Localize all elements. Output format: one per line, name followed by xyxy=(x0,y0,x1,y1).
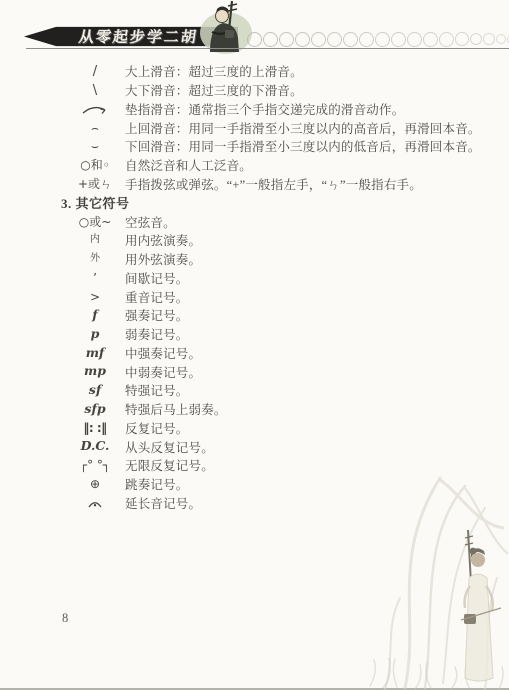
notation-row: ⊕ 跳奏记号。 xyxy=(0,475,509,494)
notation-desc: 空弦音。 xyxy=(125,213,176,231)
notation-row: sfp 特强后马上弱奏。 xyxy=(0,400,509,419)
big-up-glide-symbol: / xyxy=(67,65,123,78)
da-capo-symbol: D.C. xyxy=(67,440,123,453)
outer-string-symbol: 外 xyxy=(67,254,123,264)
notation-desc: 手指拨弦或弹弦。“+”一般指左手，“ㄣ”一般指右手。 xyxy=(125,175,422,193)
notation-row: mp 中弱奏记号。 xyxy=(0,362,509,381)
notation-row: 延长音记号。 xyxy=(0,494,509,513)
header-rule xyxy=(26,48,509,49)
notation-row: 外 用外弦演奏。 xyxy=(0,250,509,269)
forte-symbol: f xyxy=(67,309,123,322)
inner-string-symbol: 内 xyxy=(67,235,123,245)
notation-list: / 大上滑音：超过三度的上滑音。 \ 大下滑音：超过三度的下滑音。 垫指滑音：通… xyxy=(0,62,509,512)
notation-row: / 大上滑音：超过三度的上滑音。 xyxy=(0,62,509,81)
notation-row: ○或~ 空弦音。 xyxy=(0,212,509,231)
notation-desc: 中弱奏记号。 xyxy=(125,363,201,381)
repeat-sign-symbol: ‖: :‖ xyxy=(67,422,123,434)
harmonic-symbols: ○和◦ xyxy=(67,159,123,171)
notation-row: p 弱奏记号。 xyxy=(0,325,509,344)
notation-desc: 用内弦演奏。 xyxy=(125,231,201,249)
notation-row: D.C. 从头反复记号。 xyxy=(0,437,509,456)
notation-desc: 特强后马上弱奏。 xyxy=(125,400,227,418)
notation-row: 垫指滑音：通常指三个手指交递完成的滑音动作。 xyxy=(0,100,509,119)
infinite-repeat-symbol: ┌° °┐ xyxy=(67,459,123,471)
accent-symbol: > xyxy=(67,291,123,303)
notation-desc: 特强记号。 xyxy=(125,381,189,399)
notation-desc: 从头反复记号。 xyxy=(125,438,214,456)
section-heading: 3. 其它符号 xyxy=(61,193,509,212)
notation-row: ⌣ 下回滑音：用同一手指滑至小三度以内的低音后，再滑回本音。 xyxy=(0,137,509,156)
notation-desc: 重音记号。 xyxy=(125,288,189,306)
notation-row: ’ 间歇记号。 xyxy=(0,269,509,288)
sforzando-symbol: sf xyxy=(67,384,123,397)
notation-desc: 中强奏记号。 xyxy=(125,344,201,362)
mezzo-forte-symbol: mf xyxy=(67,347,123,360)
notation-desc: 弱奏记号。 xyxy=(125,325,189,343)
staccato-symbol: ⊕ xyxy=(67,478,123,490)
sforzando-piano-symbol: sfp xyxy=(67,403,123,416)
page-number: 8 xyxy=(62,611,68,626)
notation-row: > 重音记号。 xyxy=(0,287,509,306)
notation-desc: 跳奏记号。 xyxy=(125,475,189,493)
notation-desc: 用外弦演奏。 xyxy=(125,250,201,268)
notation-desc: 大上滑音：超过三度的上滑音。 xyxy=(125,62,303,80)
notation-row: ┌° °┐ 无限反复记号。 xyxy=(0,456,509,475)
notation-row: f 强奏记号。 xyxy=(0,306,509,325)
big-down-glide-symbol: \ xyxy=(67,84,123,97)
pizzicato-symbols: +或ㄣ xyxy=(67,178,123,190)
down-return-glide-symbol: ⌣ xyxy=(67,140,123,152)
notation-row: +或ㄣ 手指拨弦或弹弦。“+”一般指左手，“ㄣ”一般指右手。 xyxy=(0,175,509,194)
notation-row: 内 用内弦演奏。 xyxy=(0,231,509,250)
piano-symbol: p xyxy=(67,328,123,341)
notation-row: \ 大下滑音：超过三度的下滑音。 xyxy=(0,81,509,100)
notation-desc: 自然泛音和人工泛音。 xyxy=(125,156,252,174)
notation-desc: 下回滑音：用同一手指滑至小三度以内的低音后，再滑回本音。 xyxy=(125,137,481,155)
notation-row: mf 中强奏记号。 xyxy=(0,344,509,363)
book-logo-title: 从零起步学二胡 xyxy=(78,26,200,47)
notation-row: ⌢ 上回滑音：用同一手指滑至小三度以内的高音后，再滑回本音。 xyxy=(0,118,509,137)
notation-desc: 延长音记号。 xyxy=(125,494,201,512)
notation-desc: 强奏记号。 xyxy=(125,306,189,324)
notation-desc: 间歇记号。 xyxy=(125,269,189,287)
notation-desc: 上回滑音：用同一手指滑至小三度以内的高音后，再滑回本音。 xyxy=(125,119,481,137)
breath-mark-symbol: ’ xyxy=(67,272,123,284)
fermata-icon xyxy=(67,497,123,509)
pad-glide-arc-icon xyxy=(67,103,123,116)
up-return-glide-symbol: ⌢ xyxy=(67,122,123,134)
notation-row: ‖: :‖ 反复记号。 xyxy=(0,419,509,438)
notation-row: ○和◦ 自然泛音和人工泛音。 xyxy=(0,156,509,175)
open-string-symbol: ○或~ xyxy=(67,216,123,228)
notation-desc: 垫指滑音：通常指三个手指交递完成的滑音动作。 xyxy=(125,100,404,118)
header-circle-ornaments xyxy=(247,31,509,47)
book-page: 从零起步学二胡 / 大上滑音：超过三度的上滑音。 \ 大下滑音：超过三度的下滑音… xyxy=(0,0,509,690)
notation-desc: 大下滑音：超过三度的下滑音。 xyxy=(125,81,303,99)
notation-desc: 无限反复记号。 xyxy=(125,456,214,474)
mezzo-piano-symbol: mp xyxy=(67,365,123,378)
notation-row: sf 特强记号。 xyxy=(0,381,509,400)
notation-desc: 反复记号。 xyxy=(125,419,189,437)
